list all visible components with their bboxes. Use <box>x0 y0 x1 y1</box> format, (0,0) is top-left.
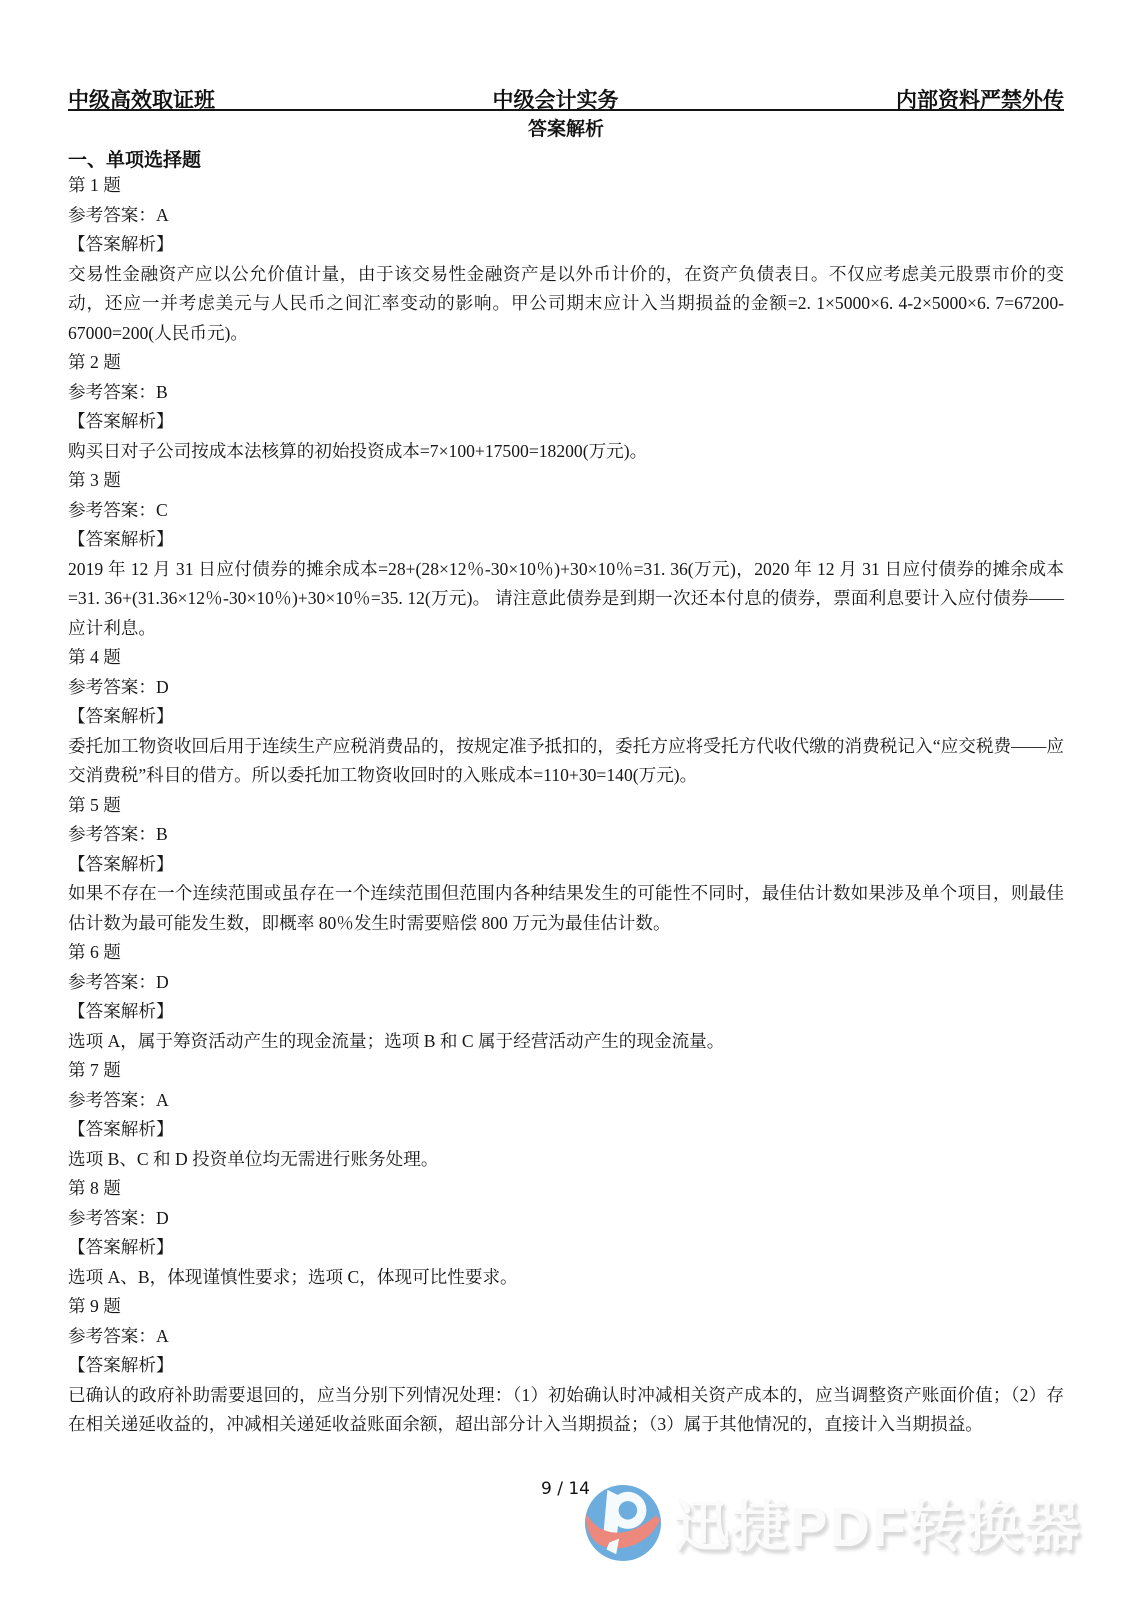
question-number: 第 1 题 <box>68 171 1064 201</box>
question-number: 第 5 题 <box>68 791 1064 821</box>
questions-list: 第 1 题 参考答案：A 【答案解析】 交易性金融资产应以公允价值计量，由于该交… <box>68 171 1064 1440</box>
question-block: 第 4 题 参考答案：D 【答案解析】 委托加工物资收回后用于连续生产应税消费品… <box>68 643 1064 791</box>
analysis-text: 选项 A，属于筹资活动产生的现金流量；选项 B 和 C 属于经营活动产生的现金流… <box>68 1027 1064 1057</box>
reference-answer: 参考答案：D <box>68 968 1064 998</box>
question-block: 第 3 题 参考答案：C 【答案解析】 2019 年 12 月 31 日应付债券… <box>68 466 1064 643</box>
reference-answer: 参考答案：D <box>68 673 1064 703</box>
analysis-text: 2019 年 12 月 31 日应付债券的摊余成本=28+(28×12％-30×… <box>68 555 1064 644</box>
analysis-label: 【答案解析】 <box>68 997 1064 1027</box>
analysis-label: 【答案解析】 <box>68 702 1064 732</box>
analysis-text: 选项 A、B，体现谨慎性要求；选项 C，体现可比性要求。 <box>68 1263 1064 1293</box>
reference-answer: 参考答案：A <box>68 1086 1064 1116</box>
question-block: 第 9 题 参考答案：A 【答案解析】 已确认的政府补助需要退回的，应当分别下列… <box>68 1292 1064 1440</box>
analysis-text: 如果不存在一个连续范围或虽存在一个连续范围但范围内各种结果发生的可能性不同时，最… <box>68 879 1064 938</box>
document-page: 中级高效取证班 中级会计实务 内部资料严禁外传 答案解析 一、单项选择题 第 1… <box>0 0 1131 1600</box>
page-title: 答案解析 <box>68 114 1064 141</box>
reference-answer: 参考答案：B <box>68 820 1064 850</box>
question-block: 第 5 题 参考答案：B 【答案解析】 如果不存在一个连续范围或虽存在一个连续范… <box>68 791 1064 939</box>
reference-answer: 参考答案：B <box>68 378 1064 408</box>
analysis-label: 【答案解析】 <box>68 525 1064 555</box>
question-number: 第 6 题 <box>68 938 1064 968</box>
question-number: 第 4 题 <box>68 643 1064 673</box>
analysis-text: 选项 B、C 和 D 投资单位均无需进行账务处理。 <box>68 1145 1064 1175</box>
analysis-label: 【答案解析】 <box>68 1351 1064 1381</box>
reference-answer: 参考答案：A <box>68 201 1064 231</box>
question-number: 第 7 题 <box>68 1056 1064 1086</box>
question-block: 第 6 题 参考答案：D 【答案解析】 选项 A，属于筹资活动产生的现金流量；选… <box>68 938 1064 1056</box>
question-block: 第 8 题 参考答案：D 【答案解析】 选项 A、B，体现谨慎性要求；选项 C，… <box>68 1174 1064 1292</box>
question-block: 第 1 题 参考答案：A 【答案解析】 交易性金融资产应以公允价值计量，由于该交… <box>68 171 1064 348</box>
page-indicator: 9 / 14 <box>0 1479 1131 1499</box>
question-block: 第 7 题 参考答案：A 【答案解析】 选项 B、C 和 D 投资单位均无需进行… <box>68 1056 1064 1174</box>
section-heading: 一、单项选择题 <box>68 145 1064 172</box>
logo-ribbon <box>586 1513 660 1548</box>
analysis-label: 【答案解析】 <box>68 407 1064 437</box>
analysis-text: 购买日对子公司按成本法核算的初始投资成本=7×100+17500=18200(万… <box>68 437 1064 467</box>
logo-p-stem-tip <box>606 1539 619 1555</box>
analysis-text: 委托加工物资收回后用于连续生产应税消费品的，按规定准予抵扣的，委托方应将受托方代… <box>68 732 1064 791</box>
question-number: 第 9 题 <box>68 1292 1064 1322</box>
analysis-label: 【答案解析】 <box>68 230 1064 260</box>
question-number: 第 2 题 <box>68 348 1064 378</box>
question-number: 第 3 题 <box>68 466 1064 496</box>
analysis-label: 【答案解析】 <box>68 850 1064 880</box>
header-divider <box>68 109 1064 111</box>
analysis-text: 交易性金融资产应以公允价值计量，由于该交易性金融资产是以外币计价的，在资产负债表… <box>68 260 1064 349</box>
question-number: 第 8 题 <box>68 1174 1064 1204</box>
question-block: 第 2 题 参考答案：B 【答案解析】 购买日对子公司按成本法核算的初始投资成本… <box>68 348 1064 466</box>
analysis-label: 【答案解析】 <box>68 1233 1064 1263</box>
analysis-text: 已确认的政府补助需要退回的，应当分别下列情况处理：（1）初始确认时冲减相关资产成… <box>68 1381 1064 1440</box>
reference-answer: 参考答案：A <box>68 1322 1064 1352</box>
reference-answer: 参考答案：C <box>68 496 1064 526</box>
analysis-label: 【答案解析】 <box>68 1115 1064 1145</box>
reference-answer: 参考答案：D <box>68 1204 1064 1234</box>
logo-p-ring-hole <box>619 1501 638 1520</box>
logo-p-stem <box>603 1490 622 1552</box>
